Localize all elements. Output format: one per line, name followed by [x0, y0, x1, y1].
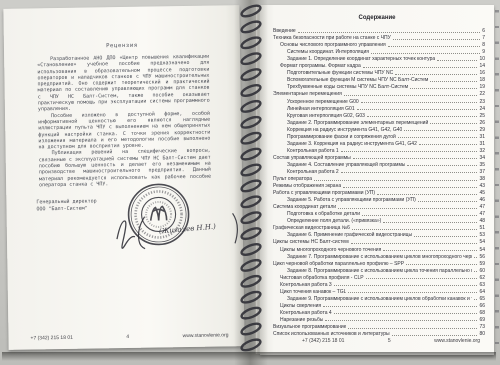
toc-entry-label: Задание 8. Программирование с использова… — [287, 268, 472, 274]
dot-leader — [348, 328, 477, 329]
toc-entry-label: Пульт оператора — [273, 176, 312, 182]
toc-entry-label: Режимы отображения экрана — [273, 183, 341, 189]
footer-website: www.stanovlenie.org — [183, 332, 229, 339]
toc-entry-label: Основы числового программного управления — [280, 42, 386, 48]
dot-leader — [341, 172, 478, 173]
toc-row: Задание 3. Коррекция на радиус инструмен… — [273, 140, 485, 147]
toc-entry-page: 62 — [479, 275, 485, 281]
footer-phone: +7 (342) 215 18 01 — [30, 335, 72, 342]
toc-row: Контрольная работа 4 68 — [273, 309, 485, 316]
dot-leader — [334, 285, 478, 286]
toc-entry-label: Задание 1. Определение координат характе… — [287, 56, 435, 62]
toc-row: Состав управляющей программы 34 — [273, 154, 485, 161]
dot-leader — [353, 158, 478, 159]
toc-entry-page: 63 — [479, 282, 485, 288]
dot-leader — [419, 144, 478, 145]
left-page-footer: +7 (342) 215 18 01 4 www.stanovlenie.org — [30, 332, 228, 341]
toc-row: Работа с управляющими программами (УП) 4… — [273, 189, 485, 196]
dot-leader — [338, 208, 477, 209]
toc-row: Введение 6 — [273, 27, 485, 34]
toc-row: Нарезание резьбы 69 — [273, 316, 485, 323]
toc-entry-label: Задание 2. Программирование элементарных… — [287, 120, 428, 126]
toc-entry-label: Задание 9. Программирование с использова… — [287, 296, 472, 302]
right-page: Содержание Введение 6 Техника безопаснос… — [260, 5, 494, 355]
toc-entry-label: Вспомогательные функции М системы ЧПУ NC… — [287, 77, 428, 83]
toc-entry-label: Циклы сверления — [280, 303, 321, 309]
toc-row: Список использованных источников и литер… — [273, 330, 485, 337]
toc-entry-page: 29 — [479, 127, 485, 133]
dot-leader — [407, 165, 477, 166]
toc-entry-page: 38 — [479, 176, 485, 182]
dot-leader — [351, 243, 478, 244]
dot-leader — [323, 306, 477, 307]
toc-entry-page: 37 — [479, 169, 485, 175]
toc-entry-label: Список использованных источников и литер… — [273, 331, 390, 337]
dot-leader — [314, 180, 477, 181]
toc-row: Задание 9. Программирование с использова… — [273, 295, 485, 302]
toc-row: Программирование фаски и сопряжения дуго… — [273, 133, 485, 140]
toc-row: Цикл точения канавок – TGL 64 — [273, 288, 485, 295]
toc-entry-label: Контрольная работа 1 — [287, 148, 339, 154]
review-body: Разработанное АНО ДПО «Центр повышения к… — [37, 54, 211, 189]
dot-leader — [430, 123, 477, 124]
toc-entry-page: 24 — [479, 106, 485, 112]
toc-title: Содержание — [260, 15, 494, 21]
toc-row: Задание 7. Программирование с использова… — [273, 253, 485, 260]
footer-page-number: 4 — [126, 334, 129, 340]
footer-phone: +7 (342) 215 18 01 — [302, 338, 344, 344]
toc-row: Контрольная работа 2 37 — [273, 168, 485, 175]
toc-entry-page: 69 — [479, 317, 485, 323]
toc-entry-page: 43 — [479, 183, 485, 189]
toc-entry-page: 10 — [479, 56, 485, 62]
toc-entry-page: 48 — [479, 218, 485, 224]
dot-leader — [298, 32, 481, 33]
toc-entry-label: Цикл точения канавок – TGL — [280, 289, 346, 295]
toc-row: Вспомогательные функции М системы ЧПУ NC… — [273, 76, 485, 83]
toc-entry-label: Работа с управляющими программами (УП) — [273, 190, 375, 196]
toc-entry-page: 73 — [479, 324, 485, 330]
toc-entry-page: 45 — [479, 190, 485, 196]
toc-entry-label: Контрольная работа 4 — [280, 310, 332, 316]
toc-entry-page: 47 — [479, 211, 485, 217]
toc-entry-label: Задание 3. Коррекция на радиус инструмен… — [287, 141, 417, 147]
toc-entry-page: 19 — [479, 84, 485, 90]
left-page: Рецензия Разработанное АНО ДПО «Центр по… — [3, 5, 244, 350]
book-shadow — [2, 352, 496, 361]
toc-row: Определение поля детали. («привязка») 48 — [273, 217, 485, 224]
toc-entry-label: Техника безопасности при работе на станк… — [273, 35, 391, 41]
review-paragraph: Пособие изложено в доступной форме, особ… — [38, 110, 211, 150]
toc-row: Линейная интерполяция G01 24 — [273, 105, 485, 112]
dot-leader — [406, 264, 477, 265]
toc-entry-label: Задание 6. Применение графической видеос… — [287, 232, 412, 238]
toc-entry-label: Линейная интерполяция G01 — [287, 106, 355, 112]
toc-entry-label: Чистовая обработка профиля - CLP — [280, 275, 364, 281]
toc-row: Режимы отображения экрана 43 — [273, 182, 485, 189]
toc-entry-label: Системы координат. Интерполяция — [287, 49, 369, 55]
toc-entry-page: 16 — [479, 70, 485, 76]
toc-entry-label: Графическая видеостраница №6 — [273, 225, 350, 231]
dot-leader — [341, 151, 478, 152]
toc-entry-label: Циклы многопроходного чернового точения — [280, 247, 381, 253]
dot-leader — [383, 250, 477, 251]
dot-leader — [325, 320, 477, 321]
toc-row: Циклы многопроходного чернового точения … — [273, 245, 485, 252]
toc-entry-label: Коррекция на радиус инструмента G41, G42… — [287, 127, 402, 133]
dot-leader — [430, 81, 477, 82]
dot-leader — [344, 95, 478, 96]
review-title: Рецензия — [4, 41, 240, 51]
dot-leader — [334, 313, 478, 314]
toc-entry-label: Нарезание резьбы — [280, 317, 323, 323]
toc-row: Задание 6. Применение графической видеос… — [273, 231, 485, 238]
toc-entry-page: 23 — [479, 99, 485, 105]
toc-row: Графическая видеостраница №6 51 — [273, 224, 485, 231]
toc-entry-page: 46 — [479, 197, 485, 203]
toc-row: Цикл черновой обработки параллельно проф… — [273, 260, 485, 267]
dot-leader — [474, 271, 477, 272]
toc-row: Задание 8. Программирование с использова… — [273, 267, 485, 274]
review-paragraph: Разработанное АНО ДПО «Центр повышения к… — [37, 54, 210, 113]
toc-entry-page: 34 — [479, 155, 485, 161]
dot-leader — [383, 222, 477, 223]
toc-entry-label: Контрольная работа 3 — [280, 282, 332, 288]
toc-entry-page: 25 — [479, 113, 485, 119]
toc-row: Техника безопасности при работе на станк… — [273, 34, 485, 41]
toc-entry-page: 68 — [479, 310, 485, 316]
toc-entry-label: Определение поля детали. («привязка») — [287, 218, 381, 224]
toc-row: Циклы системы НС Балт-систем 54 — [273, 238, 485, 245]
toc-entry-page: 14 — [479, 63, 485, 69]
toc-entry-page: 60 — [479, 268, 485, 274]
toc-row: Контрольная работа 1 32 — [273, 147, 485, 154]
toc-row: Круговая интерполяция G02, G03 25 — [273, 112, 485, 119]
dot-leader — [357, 109, 478, 110]
toc-entry-page: 65 — [479, 296, 485, 302]
toc-entry-page: 35 — [479, 162, 485, 168]
toc-row: Основы числового программного управления… — [273, 41, 485, 48]
signer-role: Генеральный директор ООО "Балт-Систем" — [36, 198, 96, 212]
toc-entry-label: Задание 4. Составление управляющей прогр… — [287, 162, 405, 168]
toc-entry-label: Подготовительные функции системы ЧПУ NC — [287, 70, 393, 76]
toc-entry-label: Формат программы. Формат кадра — [280, 63, 361, 69]
dot-leader — [414, 236, 477, 237]
toc-entry-page: 9 — [482, 49, 485, 55]
dot-leader — [361, 102, 478, 103]
dot-leader — [371, 53, 480, 54]
toc-entry-page: 59 — [479, 261, 485, 267]
dot-leader — [362, 215, 477, 216]
toc-entry-page: 18 — [479, 77, 485, 83]
toc-entry-page: 8 — [482, 42, 485, 48]
footer-page-number: 5 — [388, 338, 391, 344]
toc-row: Система координат детали 47 — [273, 203, 485, 210]
toc-entry-page: 32 — [479, 148, 485, 154]
toc-entry-label: Введение — [273, 28, 296, 34]
toc-entry-label: Круговая интерполяция G02, G03 — [287, 113, 365, 119]
dot-leader — [437, 60, 477, 61]
toc-row: Подготовительные функции системы ЧПУ NC … — [273, 69, 485, 76]
toc-entry-label: Задание 5. Работа с управляющими програм… — [287, 197, 416, 203]
dot-leader — [348, 292, 477, 293]
dot-leader — [404, 130, 477, 131]
toc-entry-page: 54 — [479, 247, 485, 253]
toc-row: Визуальное программирование 73 — [273, 323, 485, 330]
toc-row: Ускоренное перемещение G00 23 — [273, 97, 485, 104]
dot-leader — [393, 39, 480, 40]
dot-leader — [343, 187, 477, 188]
toc-entry-page: 7 — [482, 35, 485, 41]
toc-row: Подготовка к обработке детали 47 — [273, 210, 485, 217]
toc-entry-page: 64 — [479, 289, 485, 295]
toc-row: Трехбуквенные коды системы ЧПУ NC Балт-С… — [273, 83, 485, 90]
toc-entry-label: Ускоренное перемещение G00 — [287, 99, 359, 105]
toc-row: Пульт оператора 38 — [273, 175, 485, 182]
dot-leader — [410, 88, 477, 89]
toc-entry-page: 31 — [479, 141, 485, 147]
dot-leader — [392, 335, 478, 336]
toc-entry-page: 56 — [479, 254, 485, 260]
dot-leader — [398, 137, 478, 138]
dot-leader — [377, 194, 477, 195]
toc-entry-page: 66 — [479, 303, 485, 309]
dot-leader — [395, 74, 477, 75]
dot-leader — [388, 46, 481, 47]
toc-entry-page: 31 — [479, 134, 485, 140]
toc-row: Задание 4. Составление управляющей прогр… — [273, 161, 485, 168]
toc-entry-page: 6 — [482, 28, 485, 34]
toc-entry-label: Циклы системы НС Балт-систем — [273, 239, 349, 245]
toc-row: Формат программы. Формат кадра 14 — [273, 62, 485, 69]
toc-entry-label: Трехбуквенные коды системы ЧПУ NC Балт-С… — [287, 84, 408, 90]
toc-entry-page: 22 — [479, 91, 485, 97]
toc-entry-label: Задание 7. Программирование с использова… — [287, 254, 472, 260]
dot-leader — [363, 67, 478, 68]
dot-leader — [474, 299, 477, 300]
toc-entry-label: Элементарные перемещения — [273, 91, 342, 97]
spiral-binding-icon — [237, 2, 265, 362]
toc-entry-page: 47 — [479, 204, 485, 210]
toc-entry-page: 80 — [479, 331, 485, 337]
toc-row: Контрольная работа 3 63 — [273, 281, 485, 288]
dot-leader — [474, 257, 477, 258]
toc-row: Чистовая обработка профиля - CLP 62 — [273, 274, 485, 281]
toc-entry-label: Контрольная работа 2 — [287, 169, 339, 175]
toc-row: Задание 2. Программирование элементарных… — [273, 119, 485, 126]
dot-leader — [367, 116, 478, 117]
dot-leader — [366, 278, 478, 279]
dot-leader — [418, 201, 478, 202]
book-photo: Рецензия Разработанное АНО ДПО «Центр по… — [0, 0, 500, 365]
toc-entry-label: Цикл черновой обработки параллельно проф… — [273, 261, 404, 267]
edge-hole-marks — [495, 10, 499, 350]
toc-row: Коррекция на радиус инструмента G41, G42… — [273, 126, 485, 133]
toc-entry-page: 53 — [479, 232, 485, 238]
toc-row: Циклы сверления 66 — [273, 302, 485, 309]
toc-entry-label: Подготовка к обработке детали — [287, 211, 360, 217]
toc-entry-page: 54 — [479, 239, 485, 245]
toc-entry-label: Состав управляющей программы — [273, 155, 351, 161]
toc-row: Задание 1. Определение координат характе… — [273, 55, 485, 62]
toc-entry-label: Система координат детали — [273, 204, 336, 210]
toc-entry-page: 26 — [479, 120, 485, 126]
dot-leader — [352, 229, 477, 230]
toc-row: Задание 5. Работа с управляющими програм… — [273, 196, 485, 203]
toc-entry-label: Визуальное программирование — [273, 324, 346, 330]
toc-entry-page: 51 — [479, 225, 485, 231]
right-page-footer: +7 (342) 215 18 01 5 www.stanovlenie.org — [302, 338, 480, 344]
footer-website: www.stanovlenie.org — [434, 338, 480, 344]
toc-row: Системы координат. Интерполяция 9 — [273, 48, 485, 55]
toc-row: Элементарные перемещения 22 — [273, 90, 485, 97]
toc-entry-label: Программирование фаски и сопряжения дуго… — [287, 134, 396, 140]
toc-list: Введение 6 Техника безопасности при рабо… — [273, 27, 485, 337]
